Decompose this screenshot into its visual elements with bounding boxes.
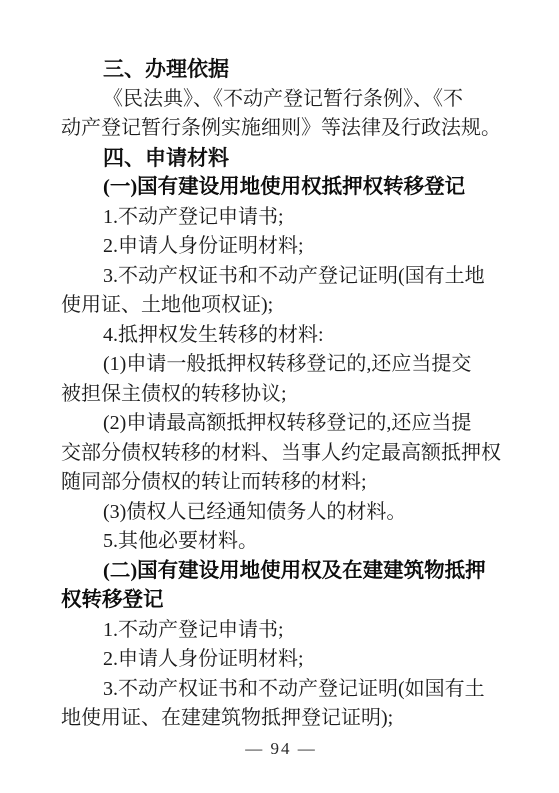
subsection-heading-2-cont: 权转移登记 bbox=[61, 586, 501, 616]
sublist-item: (1)申请一般抵押权转移登记的,还应当提交 bbox=[61, 350, 501, 380]
text-line: 《民法典》、《不动产登记暂行条例》、《不 bbox=[61, 85, 501, 115]
subsection-heading-2: (二)国有建设用地使用权及在建建筑物抵押 bbox=[61, 557, 501, 587]
text-line: 使用证、土地他项权证); bbox=[61, 291, 501, 321]
document-body: 三、办理依据 《民法典》、《不动产登记暂行条例》、《不 动产登记暂行条例实施细则… bbox=[61, 55, 501, 763]
page-number: — 94 — bbox=[61, 734, 501, 764]
list-item: 1.不动产登记申请书; bbox=[61, 616, 501, 646]
list-item: 2.申请人身份证明材料; bbox=[61, 232, 501, 262]
list-item: 1.不动产登记申请书; bbox=[61, 203, 501, 233]
list-item: 2.申请人身份证明材料; bbox=[61, 645, 501, 675]
section-heading-basis: 三、办理依据 bbox=[61, 55, 501, 85]
list-item: 5.其他必要材料。 bbox=[61, 527, 501, 557]
document-page: 三、办理依据 《民法典》、《不动产登记暂行条例》、《不 动产登记暂行条例实施细则… bbox=[0, 0, 559, 793]
text-line: 交部分债权转移的材料、当事人约定最高额抵押权 bbox=[61, 439, 501, 469]
list-item: 4.抵押权发生转移的材料: bbox=[61, 321, 501, 351]
text-line: 动产登记暂行条例实施细则》等法律及行政法规。 bbox=[61, 114, 501, 144]
text-line: 被担保主债权的转移协议; bbox=[61, 380, 501, 410]
text-line: 随同部分债权的转让而转移的材料; bbox=[61, 468, 501, 498]
subsection-heading-1: (一)国有建设用地使用权抵押权转移登记 bbox=[61, 173, 501, 203]
text-line: 地使用证、在建建筑物抵押登记证明); bbox=[61, 704, 501, 734]
sublist-item: (2)申请最高额抵押权转移登记的,还应当提 bbox=[61, 409, 501, 439]
section-heading-materials: 四、申请材料 bbox=[61, 144, 501, 174]
sublist-item: (3)债权人已经通知债务人的材料。 bbox=[61, 498, 501, 528]
list-item: 3.不动产权证书和不动产登记证明(如国有土 bbox=[61, 675, 501, 705]
list-item: 3.不动产权证书和不动产登记证明(国有土地 bbox=[61, 262, 501, 292]
